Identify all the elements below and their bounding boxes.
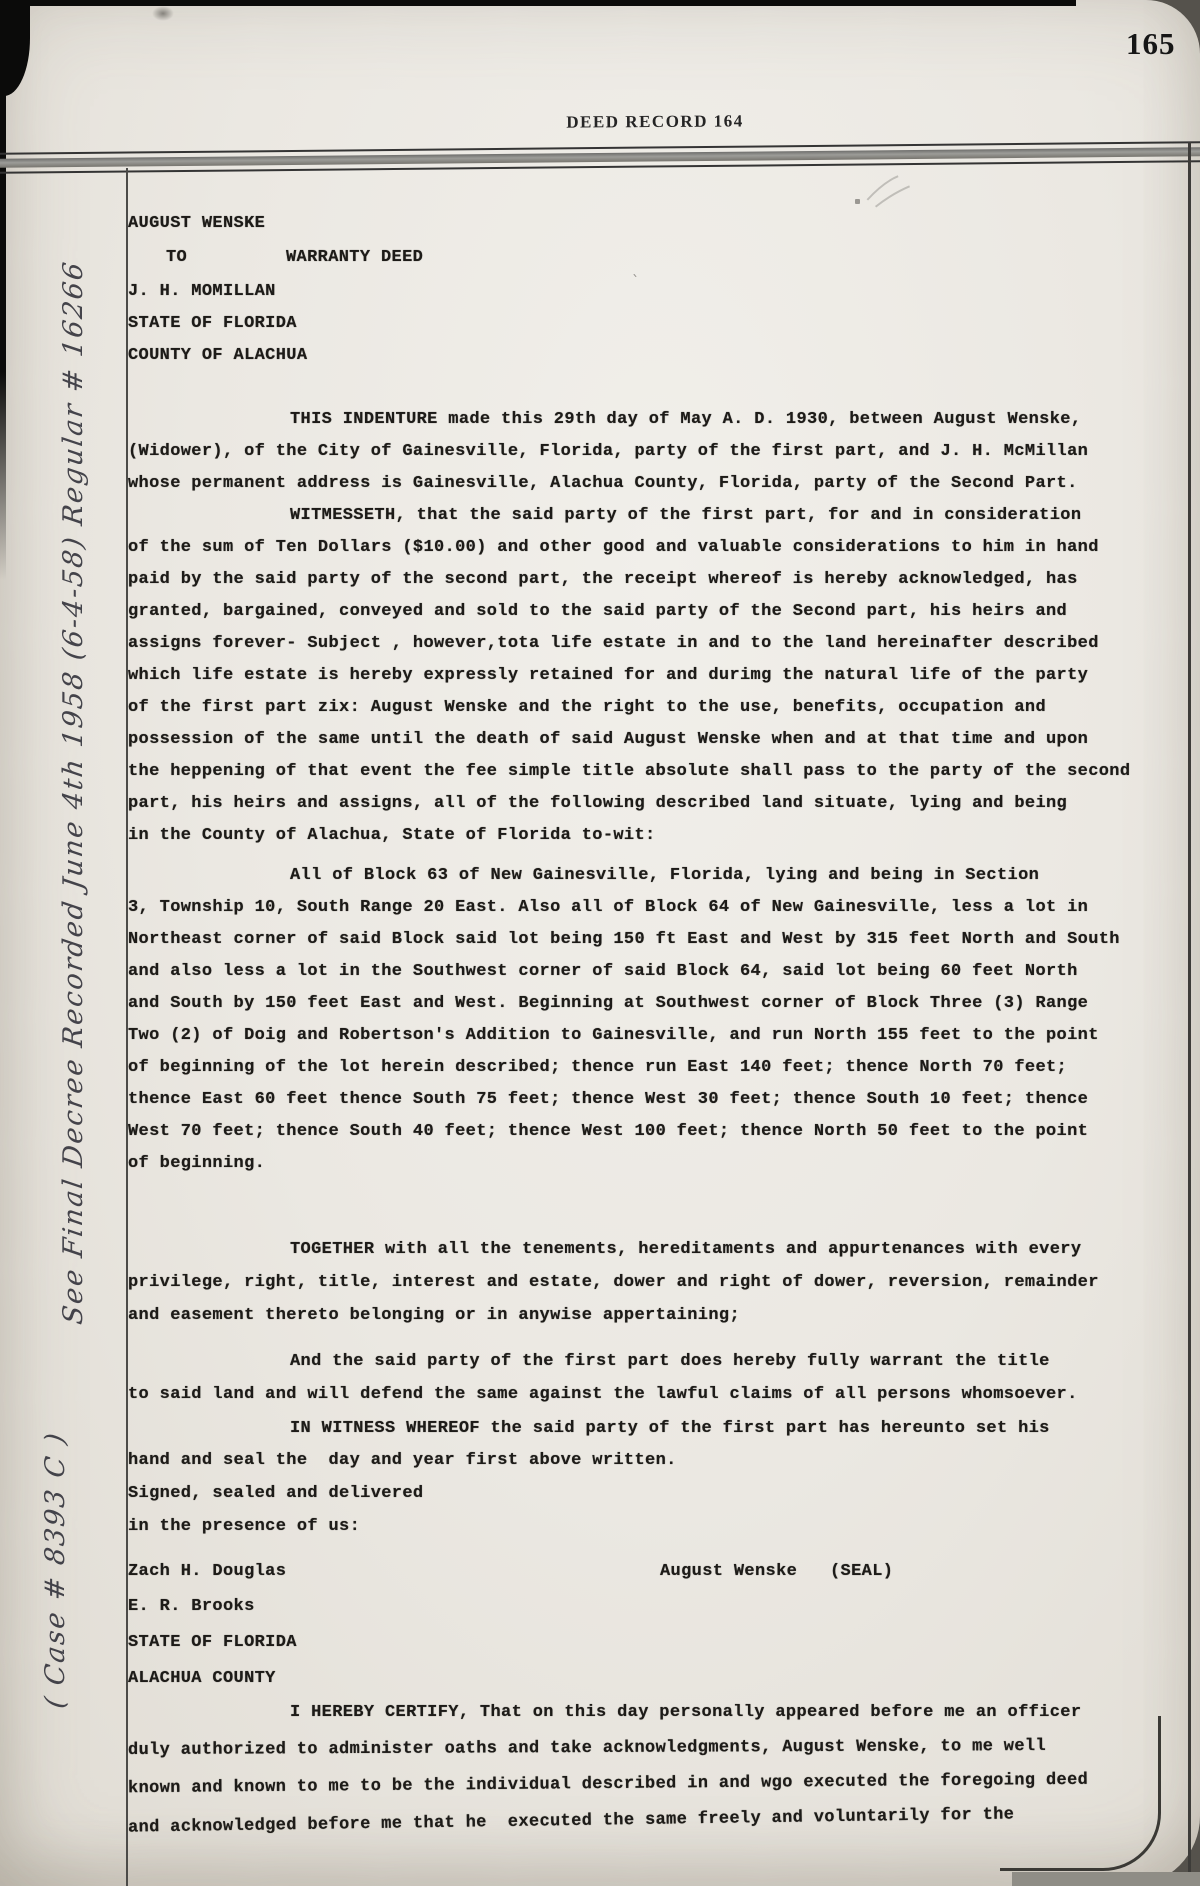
body-line: to said land and will defend the same ag… xyxy=(128,1385,1078,1404)
body-line: Signed, sealed and delivered xyxy=(128,1484,423,1503)
caption-grantor: AUGUST WENSKE xyxy=(128,214,265,233)
body-line: the heppening of that event the fee simp… xyxy=(128,762,1130,781)
grantor-signature: August Wenske xyxy=(660,1562,797,1581)
body-line: hand and seal the day and year first abo… xyxy=(128,1451,677,1470)
body-line: in the presence of us: xyxy=(128,1517,360,1536)
body-line: of the sum of Ten Dollars ($10.00) and o… xyxy=(128,538,1099,557)
body-line: West 70 feet; thence South 40 feet; then… xyxy=(128,1122,1088,1141)
caption-county: COUNTY OF ALACHUA xyxy=(128,346,307,365)
body-line: and South by 150 feet East and West. Beg… xyxy=(128,994,1088,1013)
seal-label: (SEAL) xyxy=(830,1562,893,1581)
ack-line: duly authorized to administer oaths and … xyxy=(128,1737,1046,1760)
body-line: And the said party of the first part doe… xyxy=(290,1352,1050,1371)
body-line: Two (2) of Doig and Robertson's Addition… xyxy=(128,1026,1099,1045)
body-line: privilege, right, title, interest and es… xyxy=(128,1273,1099,1292)
page-edge-rule-right xyxy=(1188,142,1191,1886)
body-line: of the first part zix: August Wenske and… xyxy=(128,698,1046,717)
body-line: assigns forever- Subject , however,tota … xyxy=(128,634,1099,653)
body-line: 3, Township 10, South Range 20 East. Als… xyxy=(128,898,1088,917)
margin-note-case-number: ( Case # 8393 C ) xyxy=(40,1316,71,1710)
scan-edge-left xyxy=(0,60,6,580)
body-line: THIS INDENTURE made this 29th day of May… xyxy=(290,410,1081,429)
body-line: (Widower), of the City of Gainesville, F… xyxy=(128,442,1088,461)
body-line: and also less a lot in the Southwest cor… xyxy=(128,962,1078,981)
ack-line: I HEREBY CERTIFY, That on this day perso… xyxy=(290,1703,1081,1722)
stray-mark: ` xyxy=(632,272,640,290)
body-line: part, his heirs and assigns, all of the … xyxy=(128,794,1067,813)
margin-note-final-decree: See Final Decree Recorded June 4th 1958 … xyxy=(58,132,89,1326)
caption-to: TO xyxy=(166,248,187,267)
body-line: IN WITNESS WHEREOF the said party of the… xyxy=(290,1419,1050,1438)
body-line: thence East 60 feet thence South 75 feet… xyxy=(128,1090,1088,1109)
body-line: possession of the same until the death o… xyxy=(128,730,1088,749)
caption-grantee: J. H. MOMILLAN xyxy=(128,282,276,301)
page-number: 165 xyxy=(1126,26,1176,62)
body-line: paid by the said party of the second par… xyxy=(128,570,1078,589)
ink-smudge xyxy=(152,6,174,21)
scan-edge-bottom xyxy=(1012,1872,1200,1886)
body-line: of beginning. xyxy=(128,1154,265,1173)
caption-instrument: WARRANTY DEED xyxy=(286,248,423,267)
ack-state: STATE OF FLORIDA xyxy=(128,1633,297,1652)
body-line: in the County of Alachua, State of Flori… xyxy=(128,826,656,845)
witness-signature-1: Zach H. Douglas xyxy=(128,1562,286,1581)
body-line: All of Block 63 of New Gainesville, Flor… xyxy=(290,866,1039,885)
body-line: TOGETHER with all the tenements, heredit… xyxy=(290,1240,1081,1259)
body-line: Northeast corner of said Block said lot … xyxy=(128,930,1120,949)
witness-signature-2: E. R. Brooks xyxy=(128,1597,255,1616)
body-line: WITMESSETH, that the said party of the f… xyxy=(290,506,1081,525)
body-line: which life estate is hereby expressly re… xyxy=(128,666,1088,685)
scanned-deed-page: ` 165 DEED RECORD 164 See Final Decree R… xyxy=(0,0,1200,1886)
body-line: whose permanent address is Gainesville, … xyxy=(128,474,1078,493)
caption-state: STATE OF FLORIDA xyxy=(128,314,297,333)
body-line: and easement thereto belonging or in any… xyxy=(128,1306,740,1325)
ack-county: ALACHUA COUNTY xyxy=(128,1669,276,1688)
body-line: granted, bargained, conveyed and sold to… xyxy=(128,602,1067,621)
body-line: of beginning of the lot herein described… xyxy=(128,1058,1067,1077)
